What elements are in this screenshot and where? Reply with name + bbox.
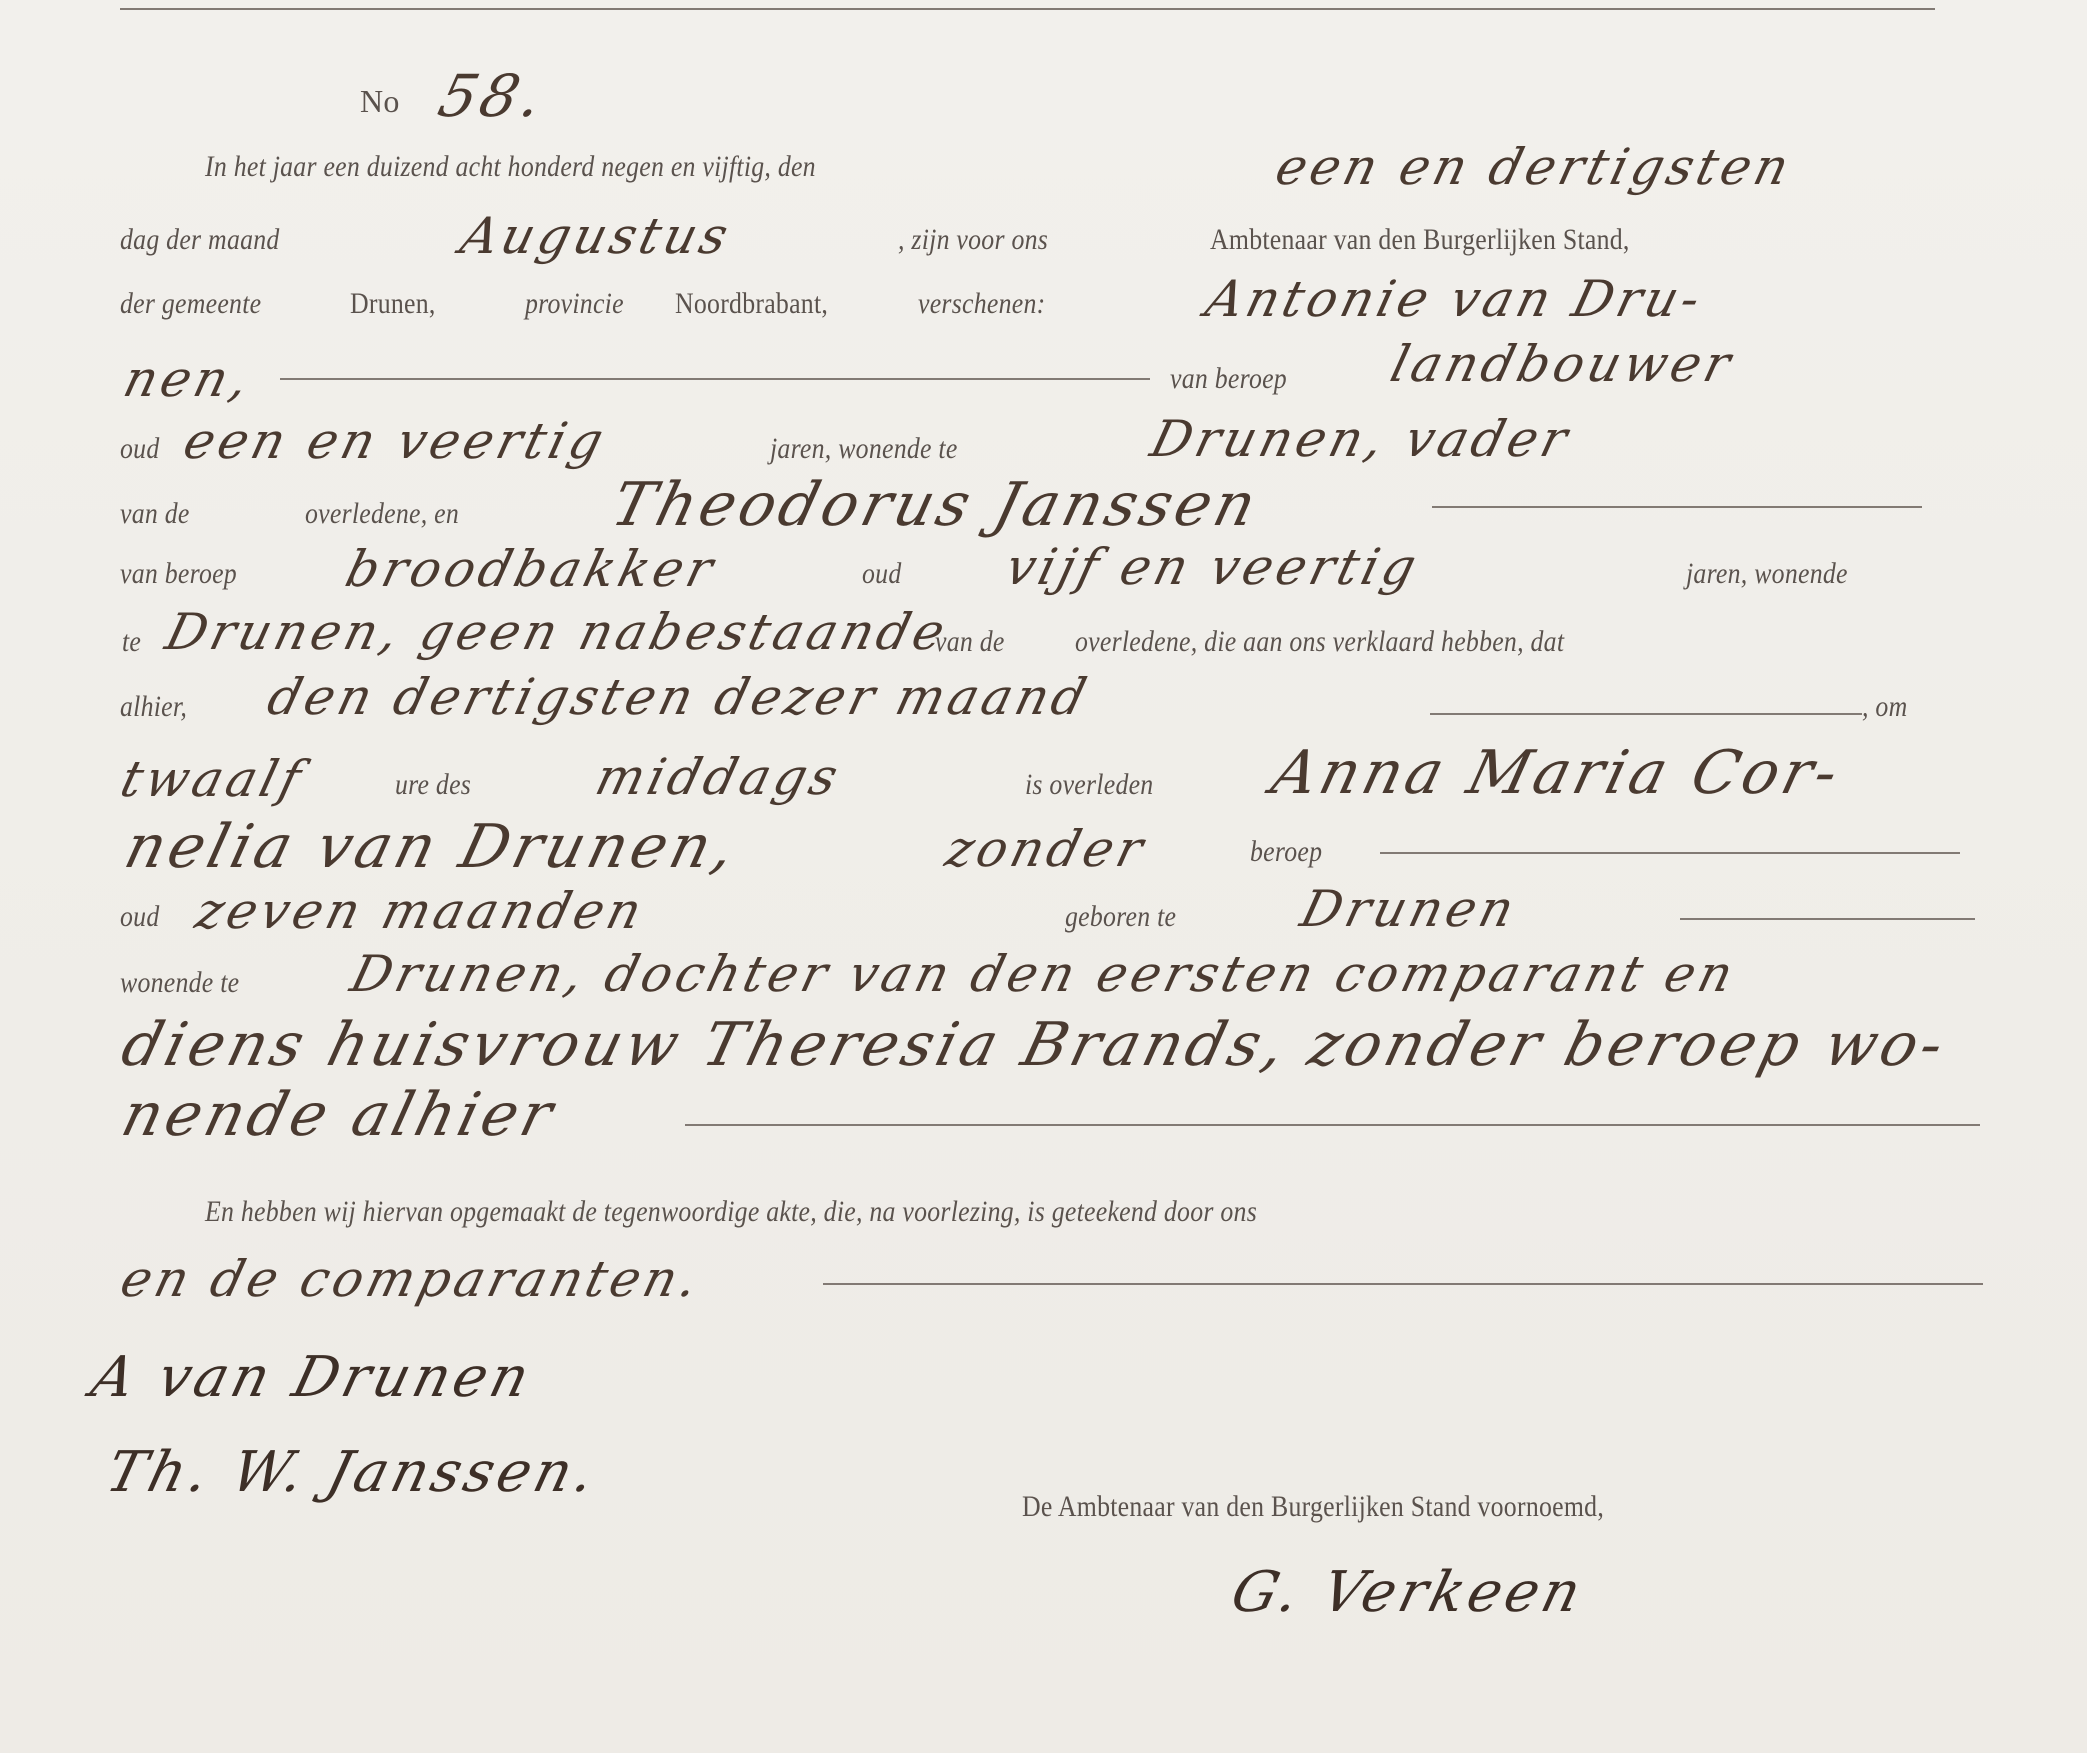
line11-printed-a: beroep [1250,835,1322,869]
line13-printed-a: wonende te [120,966,239,1000]
line3-printed-a: der gemeente [120,287,261,321]
line15-hand: nende alhier [115,1080,563,1150]
line6-printed-b: overledene, en [305,497,459,531]
line6-printed-a: van de [120,497,190,531]
signature-official: G. Verkeen [1225,1560,1591,1625]
line10-daypart-hand: middags [590,748,847,806]
line9-printed-b: , om [1862,690,1907,724]
line11-fill-rule [1380,852,1960,854]
line4-hand-a: nen, [118,350,258,408]
number-label: No [360,83,400,120]
line7-printed-c: jaren, wonende [1686,557,1848,591]
line4-printed-a: van beroep [1170,362,1287,396]
line5-residence-hand: Drunen, vader [1145,410,1577,468]
line5-age-hand: een en veertig [178,412,613,470]
line3-printed-b: Drunen, [350,287,436,321]
line11-occupation-hand: zonder [940,820,1153,878]
line13-hand: Drunen, dochter van den eersten comparan… [345,945,1743,1003]
line3-printed-e: verschenen: [918,287,1045,321]
line10-printed-a: ure des [395,768,471,802]
certificate-page: No 58. In het jaar een duizend acht hond… [0,0,2087,1753]
official-label: De Ambtenaar van den Burgerlijken Stand … [1022,1490,1604,1524]
line3-printed-d: Noordbrabant, [675,287,828,321]
line10-hour-hand: twaalf [115,750,310,808]
closing-hand: en de comparanten. [115,1250,708,1308]
line3-printed-c: provincie [525,287,624,321]
line12-printed-b: geboren te [1065,900,1176,934]
line12-fill-rule [1680,918,1975,920]
signature-declarant-1: A van Drunen [85,1345,539,1410]
line2-month-hand: Augustus [455,207,738,265]
line4-occupation-hand: landbouwer [1385,335,1740,393]
line6-declarant2-hand: Theodorus Janssen [605,470,1267,540]
line2-printed-b: , zijn voor ons [898,223,1048,257]
closing-printed: En hebben wij hiervan opgemaakt de tegen… [205,1195,1257,1229]
line8-printed-b: van de [935,625,1005,659]
line6-fill-rule [1432,506,1922,508]
line15-fill-rule [685,1124,1980,1126]
line14-hand: diens huisvrouw Theresia Brands, zonder … [115,1010,1954,1080]
line9-fill-rule [1430,713,1862,715]
line9-printed-a: alhier, [120,690,187,724]
line10-deceased-hand: Anna Maria Cor- [1265,738,1849,808]
line8-printed-a: te [122,625,141,659]
line7-printed-b: oud [862,557,901,591]
line12-birthplace-hand: Drunen [1295,880,1524,938]
line12-printed-a: oud [120,900,159,934]
line10-printed-b: is overleden [1025,768,1153,802]
line5-printed-a: oud [120,432,159,466]
line1-printed: In het jaar een duizend acht honderd neg… [205,150,816,184]
number-value: 58. [432,62,553,130]
line8-printed-c: overledene, die aan ons verklaard hebben… [1075,625,1564,659]
top-border-rule [120,8,1935,10]
closing-fill-rule [823,1283,1983,1285]
line7-printed-a: van beroep [120,557,237,591]
line2-printed-c: Ambtenaar van den Burgerlijken Stand, [1210,223,1630,257]
line2-printed-a: dag der maand [120,223,280,257]
line7-occupation-hand: broodbakker [340,540,722,598]
line12-age-hand: zeven maanden [190,882,651,940]
line8-relation-hand: Drunen, geen nabestaande [160,603,955,661]
line7-age-hand: vijf en veertig [1000,538,1426,596]
line9-date-hand: den dertigsten dezer maand [262,668,1096,726]
line1-day-hand: een en dertigsten [1270,138,1799,196]
line11-deceased-hand: nelia van Drunen, [118,812,746,882]
signature-declarant-2: Th. W. Janssen. [100,1440,605,1505]
line4-fill-rule [280,378,1150,380]
line3-declarant1-hand: Antonie van Dru- [1200,270,1710,328]
line5-printed-b: jaren, wonende te [770,432,958,466]
